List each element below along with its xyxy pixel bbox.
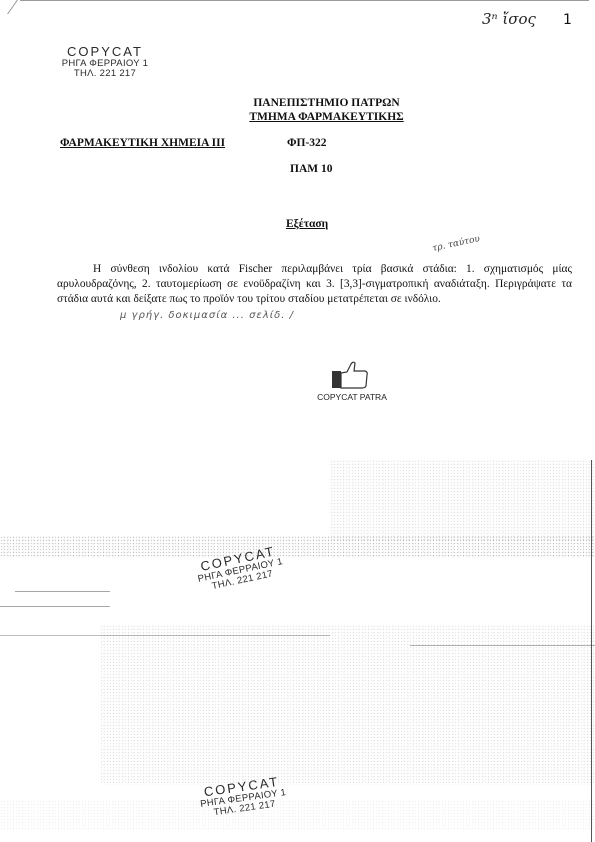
scan-noise-region <box>100 625 595 785</box>
scan-top-edge <box>20 0 589 1</box>
stamp-phone: ΤΗΛ. 221 217 <box>50 69 160 79</box>
course-code: ΦΠ-322 <box>287 137 327 149</box>
handwritten-page-number: 1 <box>563 12 572 28</box>
scan-corner-mark <box>7 0 32 14</box>
institution-header: ΠΑΝΕΠΙΣΤΗΜΙΟ ΠΑΤΡΩΝ ΤΜΗΜΑ ΦΑΡΜΑΚΕΥΤΙΚΗΣ <box>0 97 595 125</box>
university-name: ΠΑΝΕΠΙΣΤΗΜΙΟ ΠΑΤΡΩΝ <box>58 97 595 111</box>
stamp-name: COPYCAT <box>50 45 160 59</box>
scan-line <box>410 645 595 646</box>
scan-line <box>0 635 330 636</box>
logo-caption: COPYCAT PATRA <box>302 392 402 402</box>
copycat-stamp: COPYCAT ΡΗΓΑ ΦΕΡΡΑΙΟΥ 1 ΤΗΛ. 221 217 <box>50 45 160 79</box>
handwritten-annotation: τρ. ταύτου <box>431 234 480 254</box>
section-label: ΠΑΜ 10 <box>290 163 332 175</box>
handwritten-page-label: 3ⁿ ἴσος <box>482 10 536 28</box>
department-name: ΤΜΗΜΑ ΦΑΡΜΑΚΕΥΤΙΚΗΣ <box>58 111 595 125</box>
scan-line <box>15 591 110 592</box>
exam-title: Εξέταση <box>286 218 328 230</box>
exam-question: Η σύνθεση ινδολίου κατά Fischer περιλαμβ… <box>57 262 572 307</box>
course-title: ΦΑΡΜΑΚΕΥΤΙΚΗ ΧΗΜΕΙΑ ΙΙΙ <box>60 137 225 149</box>
handwritten-scribble: μ γρήγ. δοκιμασία ... σελίδ. / <box>120 310 294 321</box>
scan-noise-region <box>330 460 595 540</box>
scan-line <box>0 606 110 607</box>
thumbs-up-icon <box>330 360 374 390</box>
